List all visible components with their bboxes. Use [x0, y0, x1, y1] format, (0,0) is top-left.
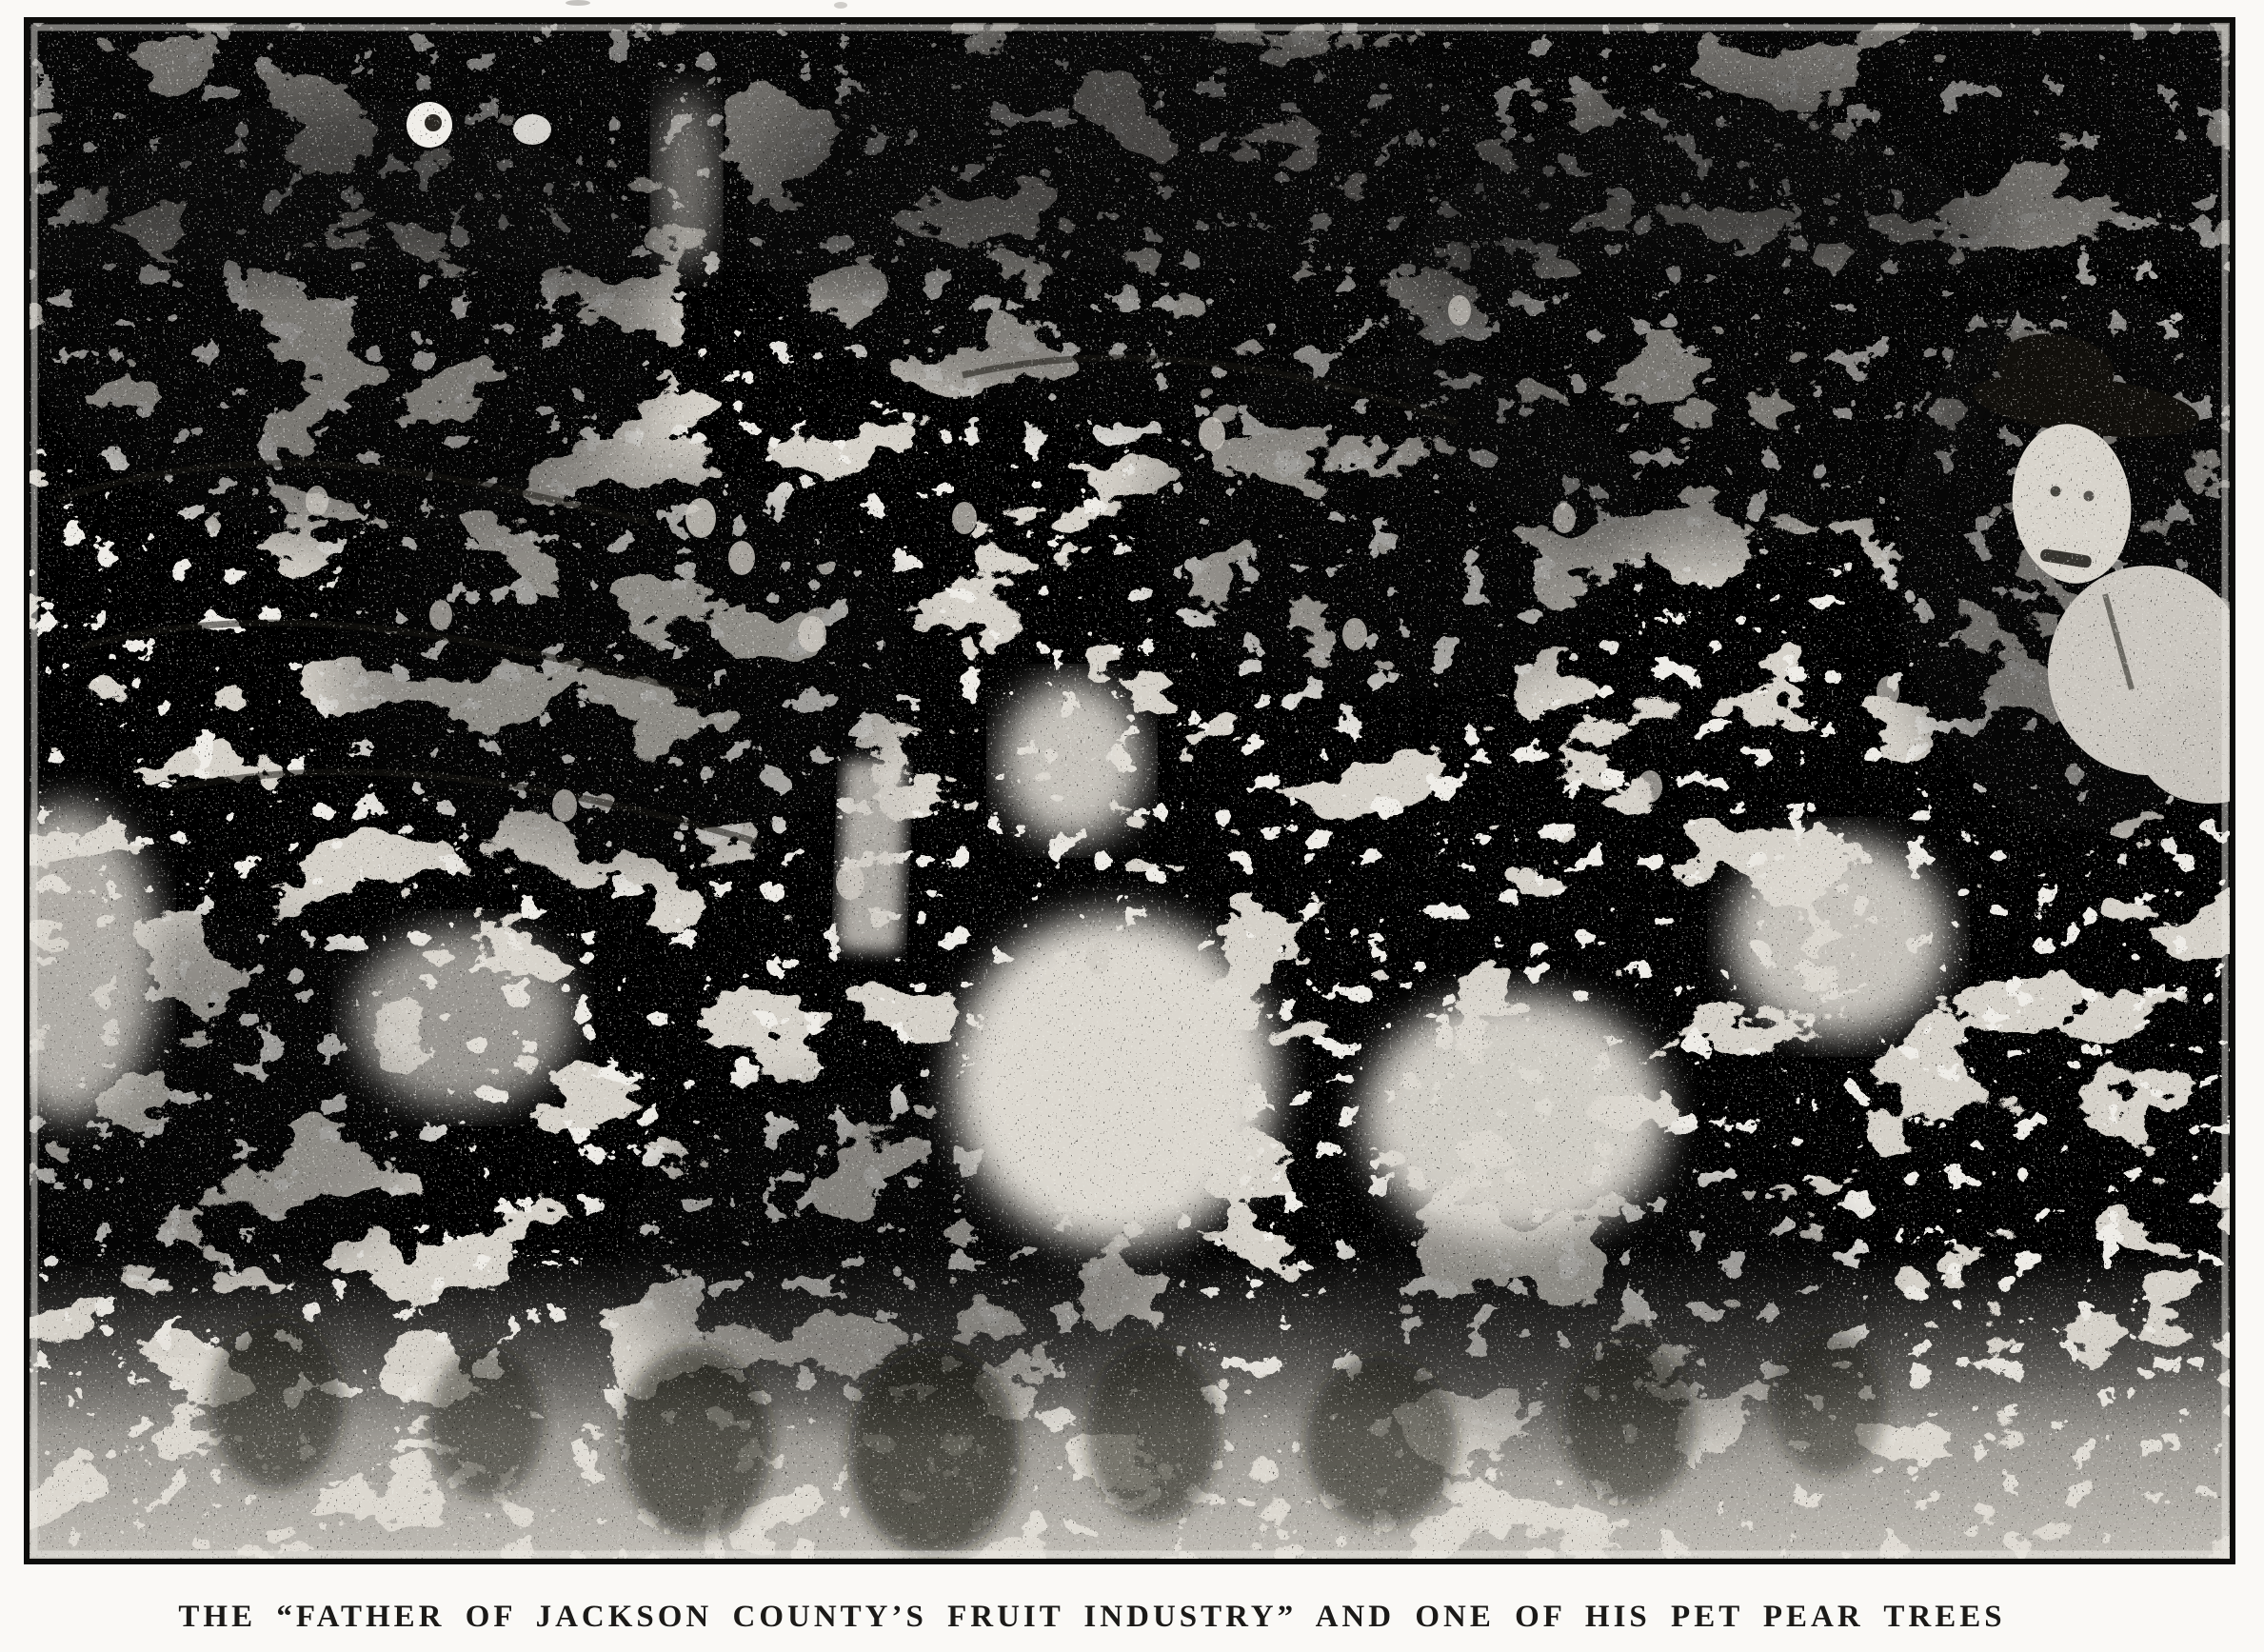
- halftone-photo: [30, 23, 2230, 1559]
- halftone-black-dots: [30, 23, 2230, 1559]
- scan-speck: [566, 0, 590, 6]
- photo-caption: THE “FATHER OF JACKSON COUNTY’S FRUIT IN…: [0, 1598, 2224, 1636]
- photo-frame: [24, 17, 2235, 1564]
- scan-speck: [834, 2, 847, 9]
- scanned-book-page: { "caption": { "text": "THE “FATHER OF J…: [0, 0, 2264, 1652]
